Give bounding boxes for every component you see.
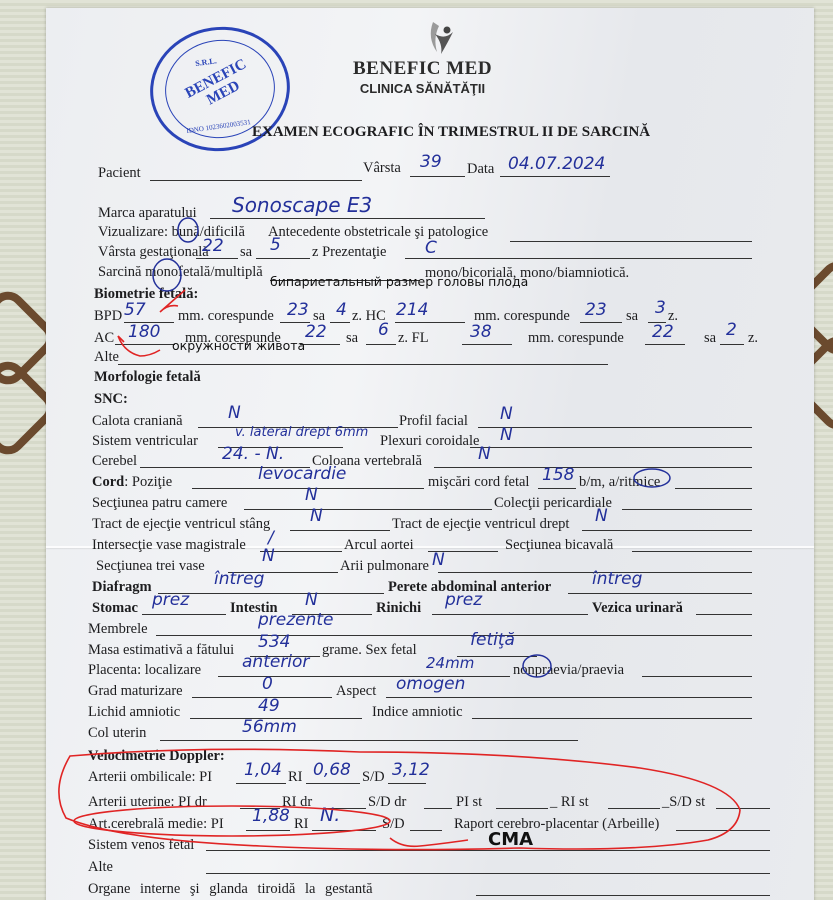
biometry-other-label: Alte xyxy=(94,350,119,365)
fl-label: z. FL xyxy=(398,331,429,346)
lvot-label: Tract de ejecţie ventricul stâng xyxy=(92,517,270,532)
placenta-location-value: anterior xyxy=(242,654,309,671)
gestational-age-label: Vârsta gestaţională xyxy=(98,245,209,260)
clinic-header: BENEFIC MED CLINICA SĂNĂTĂŢII xyxy=(353,58,492,96)
placenta-thickness-value: 24mm xyxy=(426,656,474,671)
bpd-days: 4 xyxy=(336,302,347,319)
cerebroplacental-ratio-label: Raport cerebro-placentar (Arbeille) xyxy=(454,817,659,832)
ventricular-system-label: Sistem ventricular xyxy=(92,434,198,449)
cervix-label: Col uterin xyxy=(88,726,146,741)
document-title: EXAMEN ECOGRAFIC ÎN TRIMESTRUL II DE SAR… xyxy=(252,124,650,141)
cranial-vault-value: N xyxy=(228,405,241,422)
history-label: Antecedente obstetricale şi patologice xyxy=(268,225,488,240)
mca-sd-label: S/D xyxy=(382,817,405,832)
limbs-label: Membrele xyxy=(88,622,148,637)
fetal-sex-label: grame. Sex fetal xyxy=(322,643,417,658)
mm-corespunde-label: mm. corespunde xyxy=(528,331,624,346)
presentation-value: C xyxy=(425,240,437,257)
bpd-translation-note: бипариетальный размер головы плода xyxy=(270,276,528,289)
amniotic-fluid-value: 49 xyxy=(258,698,280,715)
aortic-arch-label: Arcul aortei xyxy=(344,538,414,553)
umbilical-sd-label: S/D xyxy=(362,770,385,785)
umbilical-sd-value: 3,12 xyxy=(392,762,430,779)
mca-ri-value: N. xyxy=(320,806,340,825)
aspect-value: omogen xyxy=(396,676,465,693)
mca-ri-label: RI xyxy=(294,817,309,832)
rvot-value: N xyxy=(595,508,608,525)
umbilical-ri-label: RI xyxy=(288,770,303,785)
praevia-label: nonpraevia/praevia xyxy=(513,663,624,678)
doppler-other-label: Alte xyxy=(88,860,113,875)
facial-profile-value: N xyxy=(500,406,513,423)
ac-label: AC xyxy=(94,331,114,346)
ac-days: 6 xyxy=(378,322,389,339)
lvot-value: N xyxy=(310,508,323,525)
four-chamber-value: N xyxy=(305,487,318,504)
fl-weeks: 22 xyxy=(652,324,674,341)
fetal-sex-value: fetiţă xyxy=(470,632,515,649)
hc-days: 3 xyxy=(655,300,666,317)
ac-translation-note: окружности живота xyxy=(172,340,305,353)
pregnancy-label: Sarcină monofetală/multiplă xyxy=(98,265,263,280)
clinic-subtitle: CLINICA SĂNĂTĂŢII xyxy=(353,81,492,96)
rvot-label: Tract de ejecţie ventricul drept xyxy=(392,517,569,532)
mca-label: Art.cerebrală medie: PI xyxy=(88,817,224,832)
bicaval-label: Secţiunea bicavală xyxy=(505,538,613,553)
great-vessels-label: Intersecţie vase magistrale xyxy=(92,538,246,553)
three-vessel-label: Secţiunea trei vase xyxy=(96,559,205,574)
bpd-value: 57 xyxy=(124,302,146,319)
limbs-value: prezente xyxy=(258,612,334,629)
cma-annotation: CMA xyxy=(488,829,533,850)
kidneys-value: prez xyxy=(445,592,482,609)
abdominal-wall-value: întreg xyxy=(592,571,642,588)
uterine-ri-st-label: _ RI st xyxy=(550,795,589,810)
sa-label: sa xyxy=(626,309,638,324)
spine-value: N xyxy=(478,446,491,463)
umbilical-ri-value: 0,68 xyxy=(313,762,351,779)
four-chamber-label: Secţiunea patru camere xyxy=(92,496,227,511)
biometry-heading: Biometrie fetală: xyxy=(94,287,198,302)
ac-weeks: 22 xyxy=(305,324,327,341)
umbilical-pi-value: 1,04 xyxy=(244,762,282,779)
bpd-weeks: 23 xyxy=(287,302,309,319)
cervix-value: 56mm xyxy=(242,719,297,736)
maturity-value: 0 xyxy=(262,676,273,693)
aspect-label: Aspect xyxy=(336,684,376,699)
patient-label: Pacient xyxy=(98,166,141,181)
hc-weeks: 23 xyxy=(585,302,607,319)
uterine-pi-st-label: PI st xyxy=(456,795,482,810)
stomach-label: Stomac xyxy=(92,601,138,616)
maternal-organs-label: Organe interne şi glanda tiroidă la gest… xyxy=(88,882,373,897)
device-label: Marca aparatului xyxy=(98,206,197,221)
intestine-value: N xyxy=(305,592,318,609)
sa-label: sa xyxy=(346,331,358,346)
presentation-label: z Prezentaţie xyxy=(312,245,386,260)
age-label: Vârsta xyxy=(363,161,401,176)
mm-corespunde-label: mm. corespunde xyxy=(178,309,274,324)
date-value: 04.07.2024 xyxy=(508,156,605,173)
uterine-sd-dr-label: S/D dr xyxy=(368,795,406,810)
sa-label: sa xyxy=(704,331,716,346)
lung-fields-value: N xyxy=(432,552,445,569)
maturity-label: Grad maturizare xyxy=(88,684,183,699)
three-vessel-value: N xyxy=(262,548,275,565)
cranial-vault-label: Calota craniană xyxy=(92,414,183,429)
fetal-weight-label: Masa estimativă a fătului xyxy=(88,643,234,658)
facial-profile-label: Profil facial xyxy=(399,414,468,429)
bladder-label: Vezica urinară xyxy=(592,601,683,616)
cerebellum-value: 24. - N. xyxy=(222,446,284,463)
cerebellum-label: Cerebel xyxy=(92,454,137,469)
kidneys-label: Rinichi xyxy=(376,601,421,616)
ga-weeks: 22 xyxy=(202,238,224,255)
clinic-name: BENEFIC MED xyxy=(353,58,492,80)
doppler-heading: Velocimetrie Doppler: xyxy=(88,749,225,764)
amniotic-fluid-label: Lichid amniotic xyxy=(88,705,180,720)
heart-rate-label: mişcări cord fetal xyxy=(428,475,529,490)
choroid-plexus-label: Plexuri coroidale xyxy=(380,434,479,449)
bpd-label: BPD xyxy=(94,309,122,324)
z-label: z. xyxy=(748,331,758,346)
hc-value: 214 xyxy=(396,302,428,319)
sa-label: sa xyxy=(240,245,252,260)
device-value: Sonoscape E3 xyxy=(232,195,372,215)
fetal-weight-value: 534 xyxy=(258,634,290,651)
heart-rate-unit: b/m, a/ritmice xyxy=(579,475,660,490)
clinic-logo-icon xyxy=(425,18,459,58)
snc-heading: SNC: xyxy=(94,392,128,407)
age-value: 39 xyxy=(420,154,442,171)
ga-days: 5 xyxy=(270,237,281,254)
heart-rate-value: 158 xyxy=(542,467,574,484)
amniotic-index-label: Indice amniotic xyxy=(372,705,463,720)
stomach-value: prez xyxy=(152,592,189,609)
morphology-heading: Morfologie fetală xyxy=(94,370,201,385)
uterine-sd-st-label: _S/D st xyxy=(662,795,705,810)
great-vessels-value: / xyxy=(268,530,274,547)
choroid-plexus-value: N xyxy=(500,427,513,444)
document-paper xyxy=(46,8,814,900)
date-label: Data xyxy=(467,162,494,177)
fl-days: 2 xyxy=(726,322,737,339)
placenta-label: Placenta: localizare xyxy=(88,663,201,678)
lung-fields-label: Arii pulmonare xyxy=(340,559,429,574)
uterine-artery-label: Arterii uterine: PI dr xyxy=(88,795,207,810)
mca-pi-value: 1,88 xyxy=(252,808,290,825)
diaphragm-value: întreg xyxy=(214,571,264,588)
venous-system-label: Sistem venos fetal xyxy=(88,838,194,853)
cord-position-value: levocardie xyxy=(258,466,346,483)
umbilical-artery-label: Arterii ombilicale: PI xyxy=(88,770,212,785)
ventricular-system-value: v. lateral drept 6mm xyxy=(235,426,368,439)
diaphragm-label: Diafragm xyxy=(92,580,152,595)
fl-value: 38 xyxy=(470,324,492,341)
cord-position-label: Cord: Poziţie xyxy=(92,475,172,490)
ac-value: 180 xyxy=(128,324,160,341)
